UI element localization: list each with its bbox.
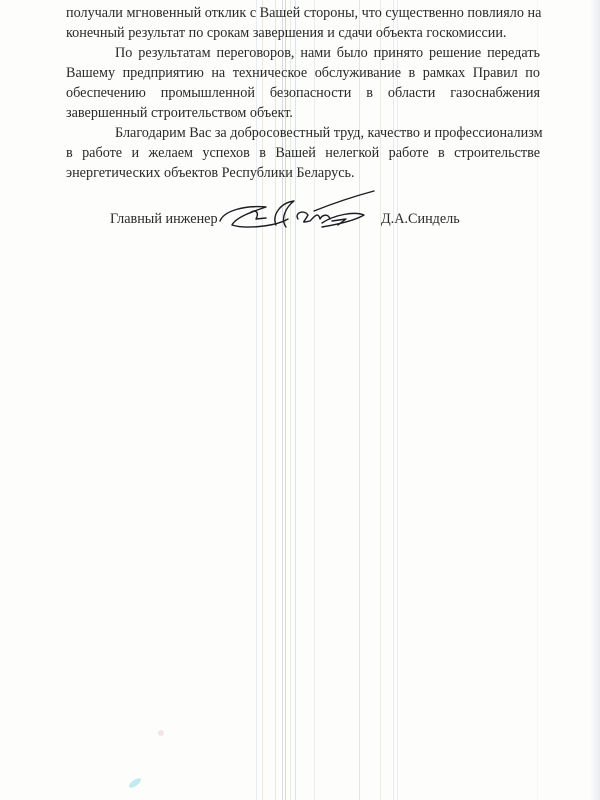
text-line: обеспечению промышленной безопасности в … xyxy=(66,83,540,103)
paragraph-decision: По результатам переговоров, нами было пр… xyxy=(66,43,540,123)
text-line: энергетических объектов Республики Белар… xyxy=(66,163,540,183)
handwritten-signature xyxy=(214,189,379,244)
text-line: Вашему предприятию на техническое обслуж… xyxy=(66,63,540,83)
text-line: в работе и желаем успехов в Вашей нелегк… xyxy=(66,143,540,163)
paragraph-response: получали мгновенный отклик с Вашей сторо… xyxy=(66,3,540,43)
text-line: конечный результат по срокам завершения … xyxy=(66,23,540,43)
text-line: По результатам переговоров, нами было пр… xyxy=(66,43,540,63)
text-line: завершенный строительством объект. xyxy=(66,103,540,123)
signatory-name: Д.А.Синдель xyxy=(381,211,460,228)
position-title: Главный инженер xyxy=(110,211,218,228)
text-line: Благодарим Вас за добросовестный труд, к… xyxy=(66,123,540,143)
text-line: получали мгновенный отклик с Вашей сторо… xyxy=(66,3,540,23)
paragraph-thanks: Благодарим Вас за добросовестный труд, к… xyxy=(66,123,540,183)
